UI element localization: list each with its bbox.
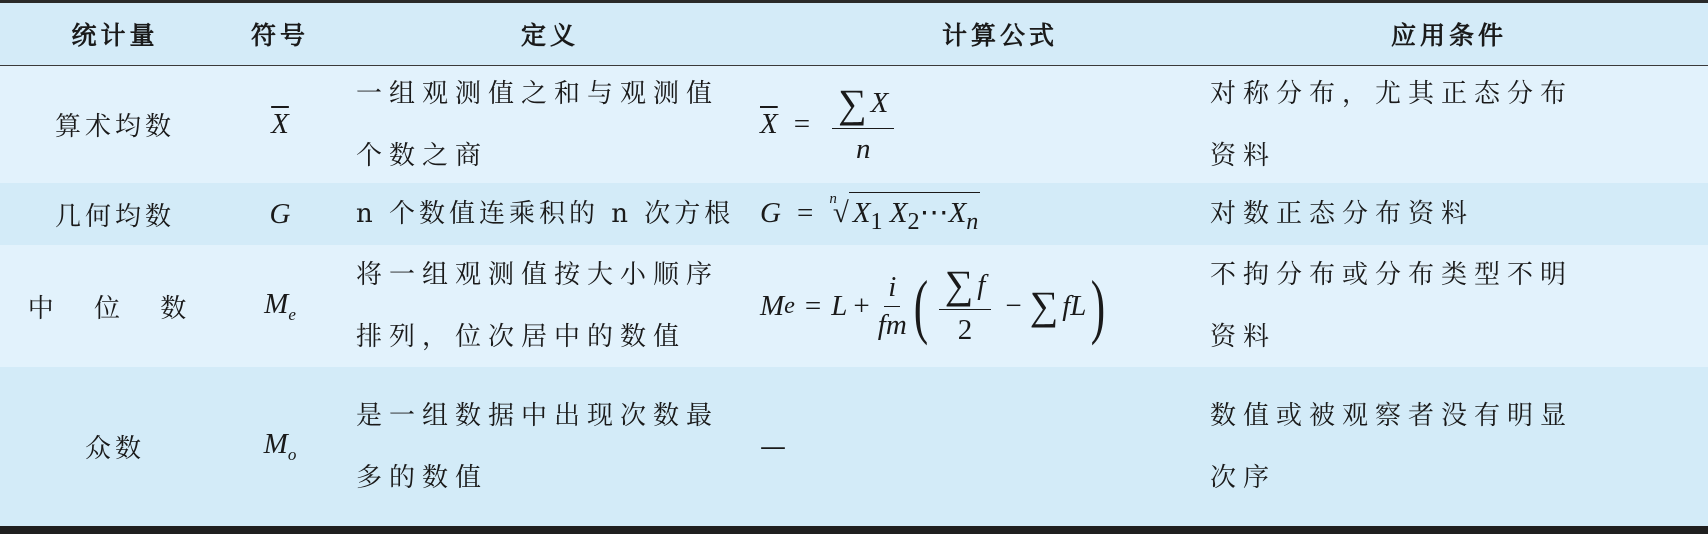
- symbol: X: [271, 108, 289, 141]
- formula-cell: Me = L + i fm ( ∑f 2 − ∑ fL ): [760, 245, 1200, 367]
- definition-line: 排列，位次居中的数值: [356, 306, 719, 368]
- definition-line: 一组观测值之和与观测值: [356, 63, 719, 125]
- table-row: 几何均数 G n 个数值连乘积的 n 次方根 G = n √ X1 X2⋯Xn: [0, 183, 1708, 245]
- definition-line: 多的数值: [356, 447, 719, 509]
- header-conditions: 应用条件: [1190, 3, 1708, 65]
- formula-cell: —: [760, 367, 1200, 526]
- fraction: ∑X n: [832, 84, 894, 166]
- definition-cell: n 个数值连乘积的 n 次方根: [340, 183, 760, 245]
- formula-arithmetic-mean: X = ∑X n: [760, 84, 900, 166]
- definition-cell: 是一组数据中出现次数最 多的数值: [340, 367, 760, 526]
- definition-line: 个数之商: [356, 125, 719, 187]
- definition-line: n 个数值连乘积的 n 次方根: [356, 183, 734, 245]
- formula-median: Me = L + i fm ( ∑f 2 − ∑ fL ): [760, 265, 1110, 347]
- definition-line: 是一组数据中出现次数最: [356, 385, 719, 447]
- table-row: 中 位 数 Me 将一组观测值按大小顺序 排列，位次居中的数值 Me = L +…: [0, 245, 1708, 367]
- condition-line: 对称分布，尤其正态分布: [1210, 63, 1573, 125]
- symbol-cell: G: [230, 183, 330, 245]
- condition-line: 资料: [1210, 125, 1573, 187]
- formula-mode-none: —: [760, 432, 786, 462]
- table-row: 算术均数 X 一组观测值之和与观测值 个数之商 X = ∑X n 对称分布，尤其…: [0, 66, 1708, 183]
- fraction: ∑f 2: [939, 265, 992, 347]
- symbol-cell: X: [230, 66, 330, 183]
- statistic-name: 几何均数: [0, 183, 230, 245]
- radicand: X1 X2⋯Xn: [849, 192, 981, 236]
- condition-line: 数值或被观察者没有明显: [1210, 385, 1573, 447]
- definition-cell: 将一组观测值按大小顺序 排列，位次居中的数值: [340, 245, 760, 367]
- header-definition: 定义: [340, 3, 760, 65]
- statistic-name: 算术均数: [0, 66, 230, 183]
- table-row: 众数 Mo 是一组数据中出现次数最 多的数值 — 数值或被观察者没有明显 次序: [0, 367, 1708, 526]
- symbol: Mo: [264, 428, 297, 465]
- formula-cell: X = ∑X n: [760, 66, 1200, 183]
- symbol: G: [270, 198, 291, 231]
- condition-line: 对数正态分布资料: [1210, 183, 1474, 245]
- condition-line: 资料: [1210, 306, 1573, 368]
- table-header-row: 统计量 符号 定义 计算公式 应用条件: [0, 3, 1708, 66]
- formula-cell: G = n √ X1 X2⋯Xn: [760, 183, 1200, 245]
- symbol-cell: Mo: [230, 367, 330, 526]
- condition-cell: 不拘分布或分布类型不明 资料: [1200, 245, 1708, 367]
- condition-cell: 对称分布，尤其正态分布 资料: [1200, 66, 1708, 183]
- definition-cell: 一组观测值之和与观测值 个数之商: [340, 66, 760, 183]
- fraction: i fm: [878, 271, 907, 342]
- formula-geometric-mean: G = n √ X1 X2⋯Xn: [760, 192, 980, 236]
- condition-cell: 数值或被观察者没有明显 次序: [1200, 367, 1708, 526]
- condition-line: 次序: [1210, 447, 1573, 509]
- statistics-table: 统计量 符号 定义 计算公式 应用条件 算术均数 X 一组观测值之和与观测值 个…: [0, 0, 1708, 534]
- definition-line: 将一组观测值按大小顺序: [356, 244, 719, 306]
- statistic-name: 众数: [0, 367, 230, 526]
- symbol: Me: [264, 288, 296, 325]
- statistic-name: 中 位 数: [0, 245, 230, 367]
- symbol-cell: Me: [230, 245, 330, 367]
- condition-line: 不拘分布或分布类型不明: [1210, 244, 1573, 306]
- header-statistic: 统计量: [0, 3, 230, 65]
- condition-cell: 对数正态分布资料: [1200, 183, 1708, 245]
- header-formula: 计算公式: [740, 3, 1260, 65]
- header-symbol: 符号: [230, 3, 330, 65]
